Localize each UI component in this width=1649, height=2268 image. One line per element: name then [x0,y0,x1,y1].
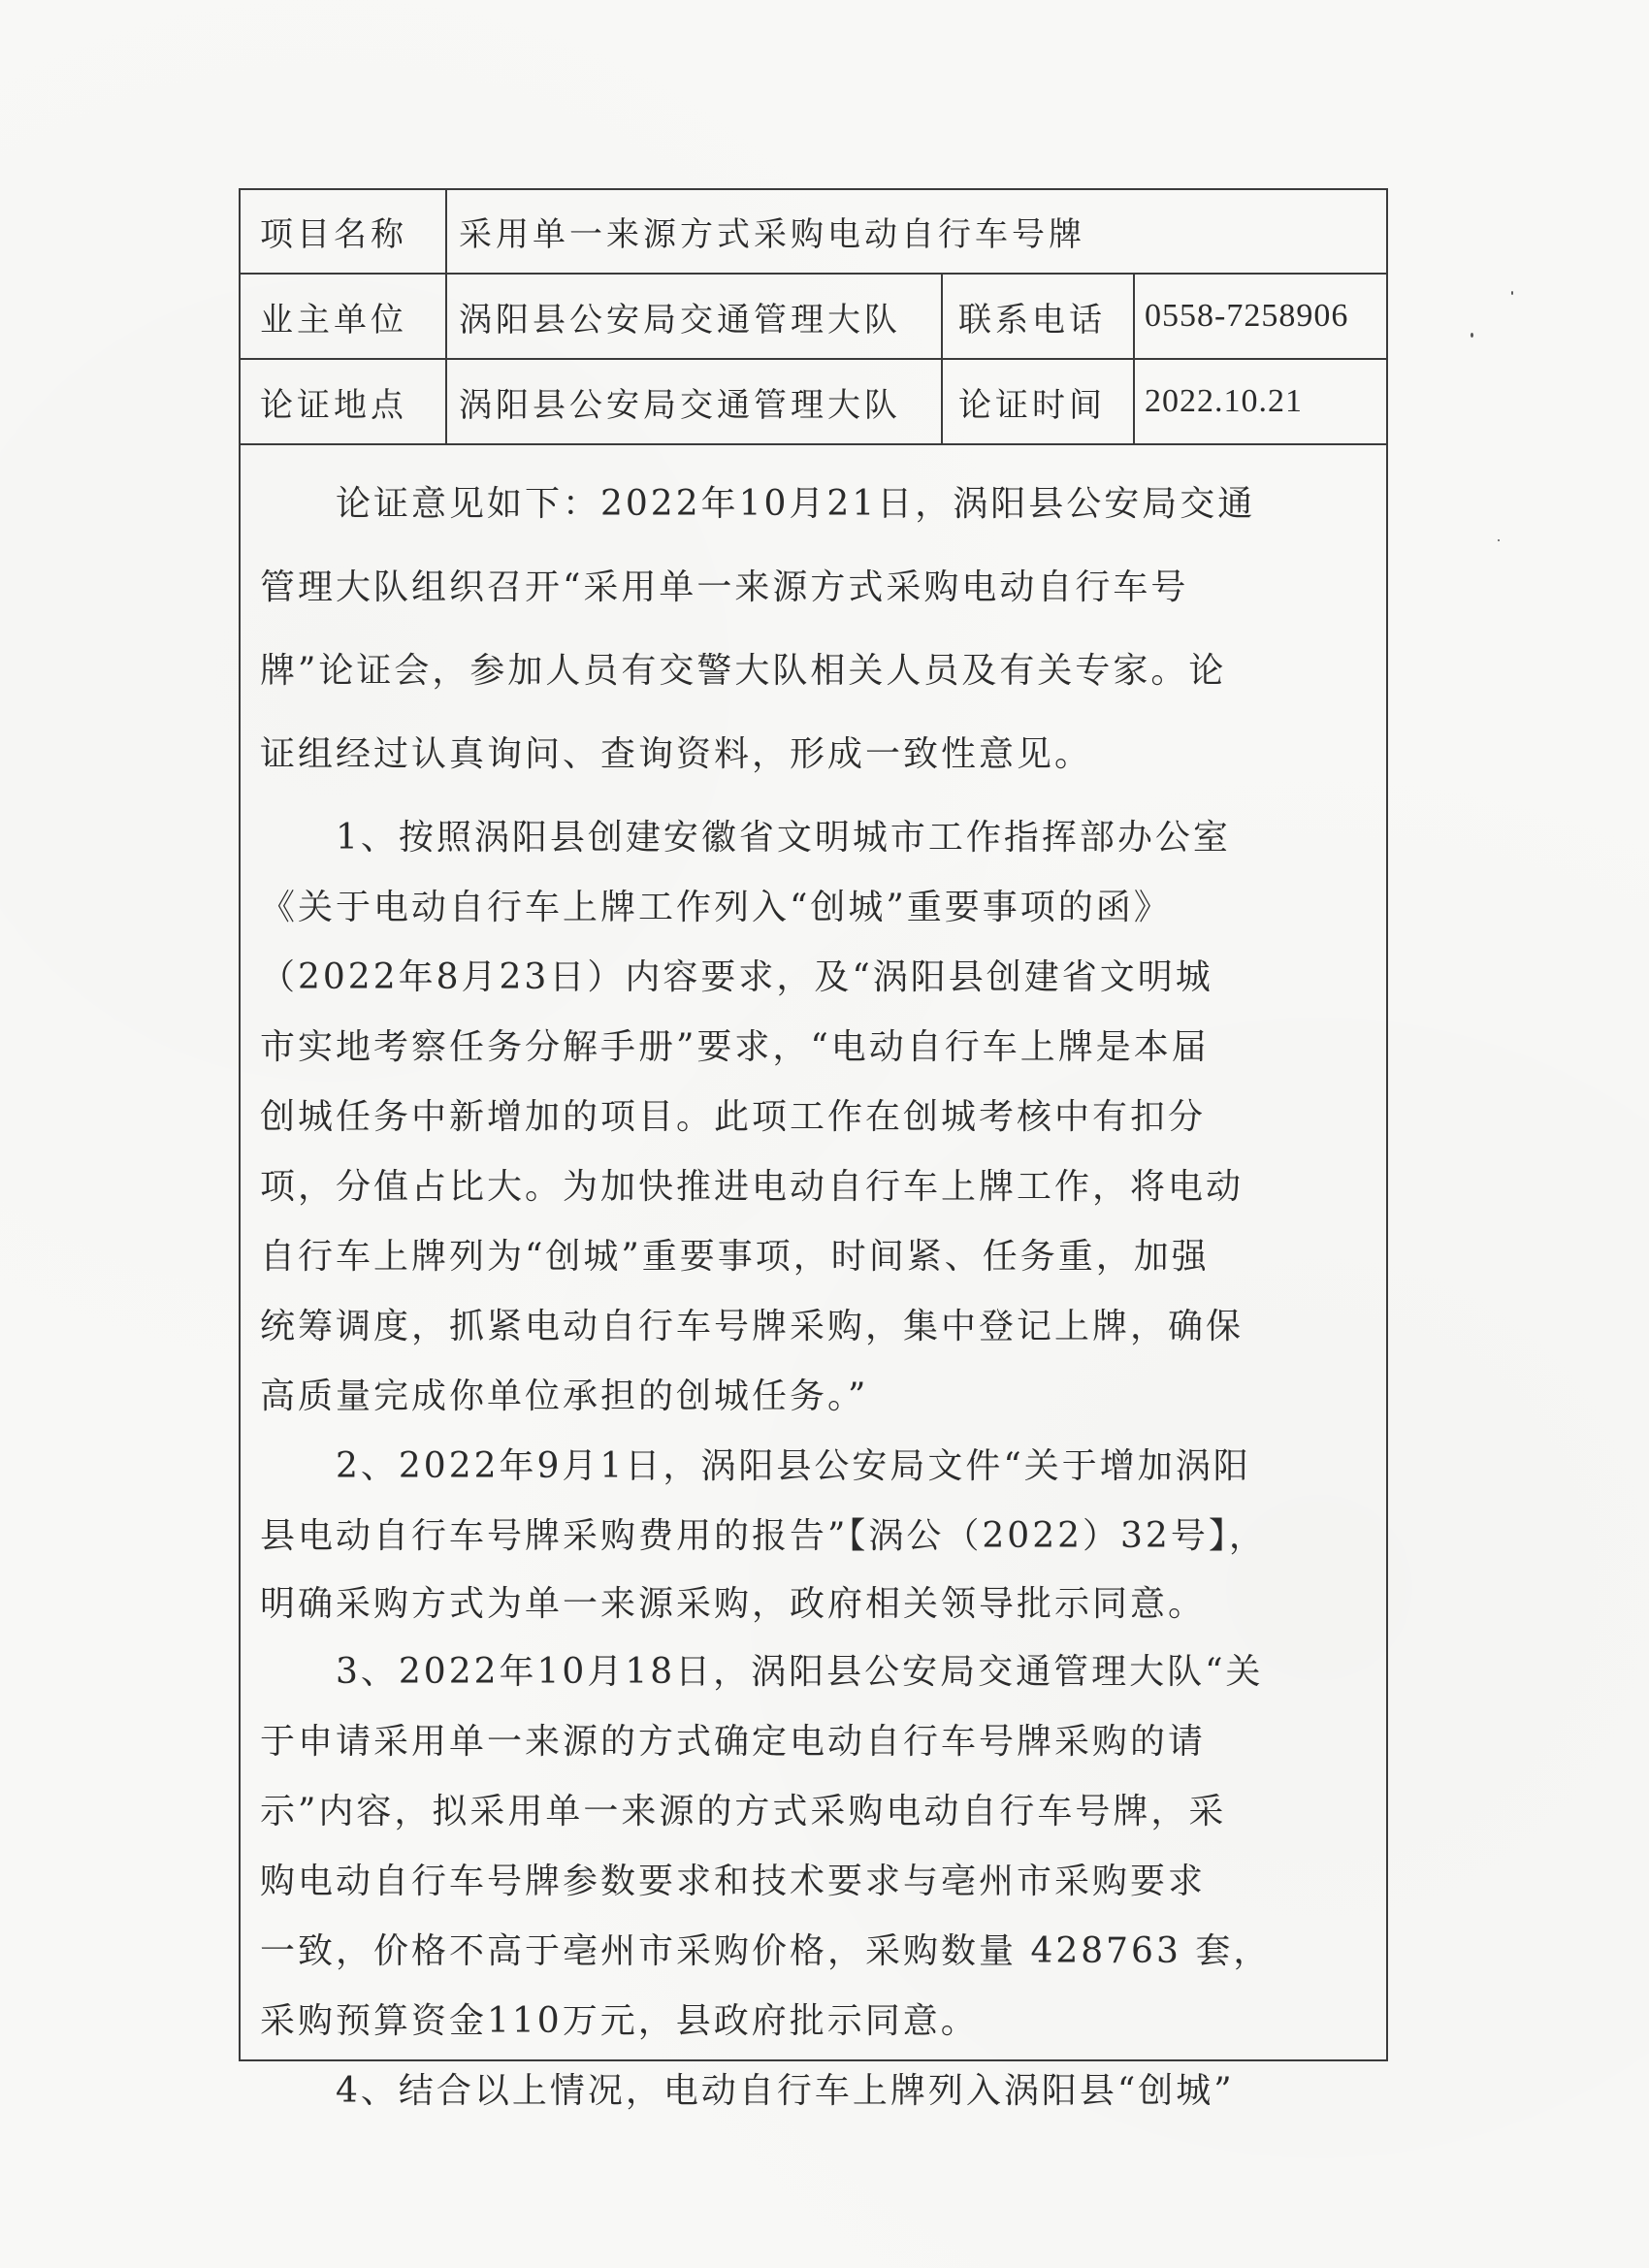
contact-phone-label: 联系电话 [941,275,1133,358]
project-name-value: 采用单一来源方式采购电动自行车号牌 [445,190,1386,273]
body-line: 3、2022年10月18日，涡阳县公安局交通管理大队“关 [260,1653,1375,1692]
scan-speck [1471,333,1473,338]
review-time-value-text: 2022.10.21 [1145,383,1303,420]
owner-unit-label-text: 业主单位 [260,293,407,340]
body-line: 示”内容，拟采用单一来源的方式采购电动自行车号牌，采 [260,1793,1375,1831]
contact-phone-value-text: 0558-7258906 [1145,298,1348,335]
scanned-document-page: 项目名称 采用单一来源方式采购电动自行车号牌 业主单位 涡阳县公安局交通管理大队… [0,0,1649,2268]
body-line: 创城任务中新增加的项目。此项工作在创城考核中有扣分 [260,1098,1375,1137]
review-opinion-body: 论证意见如下：2022年10月21日，涡阳县公安局交通 管理大队组织召开“采用单… [241,444,1386,2059]
body-line: （2022年8月23日）内容要求，及“涡阳县创建省文明城 [260,958,1375,997]
review-form-table: 项目名称 采用单一来源方式采购电动自行车号牌 业主单位 涡阳县公安局交通管理大队… [239,188,1388,2061]
body-line: 采购预算资金110万元，县政府批示同意。 [260,2002,1375,2041]
body-line: 于申请采用单一来源的方式确定电动自行车号牌采购的请 [260,1723,1375,1762]
review-location-value-text: 涡阳县公安局交通管理大队 [459,378,901,426]
owner-unit-value-text: 涡阳县公安局交通管理大队 [459,293,901,340]
contact-phone-value: 0558-7258906 [1133,275,1386,358]
row-review-location: 论证地点 涡阳县公安局交通管理大队 论证时间 2022.10.21 [241,360,1386,445]
review-time-value: 2022.10.21 [1133,360,1386,443]
body-line: 管理大队组织召开“采用单一来源方式采购电动自行车号 [260,568,1375,607]
project-name-label-text: 项目名称 [260,208,407,255]
contact-phone-label-text: 联系电话 [958,293,1106,340]
review-location-value: 涡阳县公安局交通管理大队 [445,360,943,443]
review-time-label-text: 论证时间 [958,378,1106,426]
body-line: 证组经过认真询问、查询资料，形成一致性意见。 [260,735,1375,774]
body-line: 市实地考察任务分解手册”要求，“电动自行车上牌是本届 [260,1028,1375,1067]
body-line: 4、结合以上情况，电动自行车上牌列入涡阳县“创城” [260,2072,1375,2111]
scan-speck [1511,291,1513,295]
body-line: 2、2022年9月1日，涡阳县公安局文件“关于增加涡阳 [260,1447,1375,1486]
body-line: 自行车上牌列为“创城”重要事项，时间紧、任务重，加强 [260,1238,1375,1277]
row-project-name: 项目名称 采用单一来源方式采购电动自行车号牌 [241,190,1386,275]
review-time-label: 论证时间 [941,360,1133,443]
body-line: 统筹调度，抓紧电动自行车号牌采购，集中登记上牌，确保 [260,1308,1375,1346]
review-location-label-text: 论证地点 [260,378,407,426]
body-line: 论证意见如下：2022年10月21日，涡阳县公安局交通 [260,485,1375,524]
body-line: 购电动自行车号牌参数要求和技术要求与亳州市采购要求 [260,1863,1375,1901]
body-line: 一致，价格不高于亳州市采购价格，采购数量 428763 套， [260,1932,1375,1971]
scan-speck [1498,539,1500,541]
project-name-label: 项目名称 [241,190,447,273]
body-line: 1、按照涡阳县创建安徽省文明城市工作指挥部办公室 [260,819,1375,858]
body-line: 县电动自行车号牌采购费用的报告”【涡公（2022）32号】， [260,1517,1375,1556]
owner-unit-value: 涡阳县公安局交通管理大队 [445,275,943,358]
body-line: 高质量完成你单位承担的创城任务。” [260,1377,1375,1416]
project-name-value-text: 采用单一来源方式采购电动自行车号牌 [459,208,1085,255]
review-location-label: 论证地点 [241,360,447,443]
owner-unit-label: 业主单位 [241,275,447,358]
row-owner-unit: 业主单位 涡阳县公安局交通管理大队 联系电话 0558-7258906 [241,275,1386,360]
body-line: 《关于电动自行车上牌工作列入“创城”重要事项的函》 [260,889,1375,927]
body-line: 牌”论证会，参加人员有交警大队相关人员及有关专家。论 [260,652,1375,691]
body-line: 项，分值占比大。为加快推进电动自行车上牌工作，将电动 [260,1168,1375,1207]
body-line: 明确采购方式为单一来源采购，政府相关领导批示同意。 [260,1585,1375,1624]
